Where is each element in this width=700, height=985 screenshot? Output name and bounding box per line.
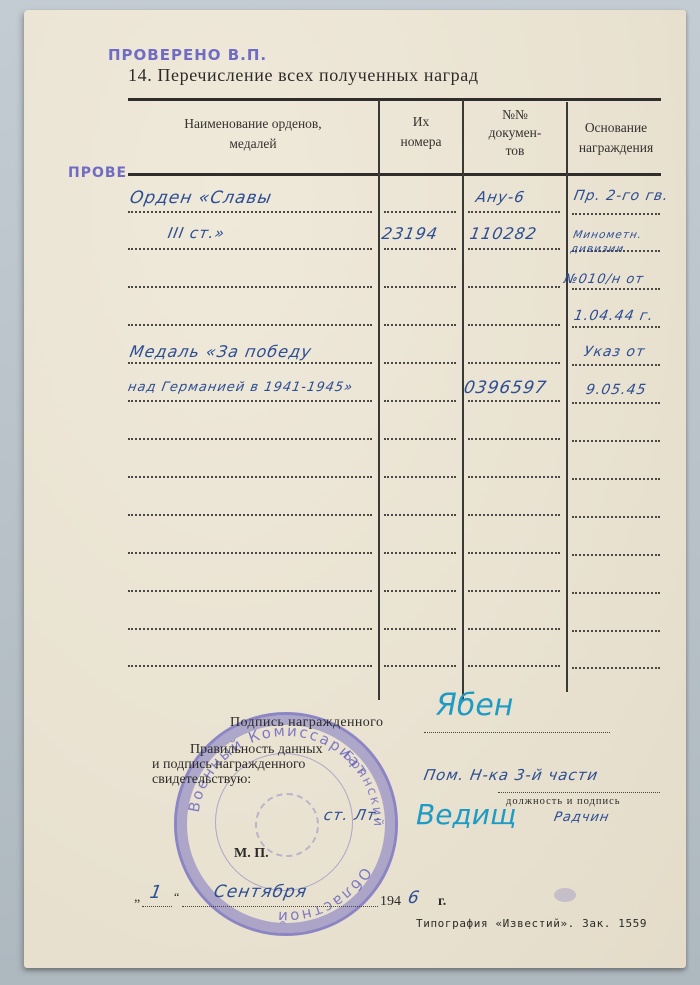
row-line xyxy=(468,476,560,478)
row-line xyxy=(384,438,456,440)
row-line xyxy=(128,590,372,592)
row-line xyxy=(572,288,660,290)
row-line xyxy=(572,402,660,404)
header-documents: №№ докумен- тов xyxy=(464,106,566,160)
recipient-signature: Ябен xyxy=(436,688,513,723)
certify-line-1: Правильность данных xyxy=(190,742,323,758)
row-line xyxy=(572,440,660,442)
date-open-quote: „ xyxy=(134,890,140,906)
header-text: награждения xyxy=(568,138,664,158)
official-name: Радчин xyxy=(553,810,611,825)
row-line xyxy=(468,211,560,213)
row-line xyxy=(384,211,456,213)
header-text: тов xyxy=(464,142,566,160)
header-text: №№ xyxy=(464,106,566,124)
header-text: номера xyxy=(380,132,462,152)
verified-stamp-top: ПРОВЕРЕНО В.П. xyxy=(108,46,267,64)
section-title: 14. Перечисление всех полученных наград xyxy=(128,65,479,86)
header-awards-name: Наименование орденов, медалей xyxy=(128,114,378,154)
row-line xyxy=(128,362,372,364)
row-line xyxy=(468,362,560,364)
printer-imprint: Типография «Известий». Зак. 1559 xyxy=(416,917,647,930)
row-line xyxy=(572,516,660,518)
row-line xyxy=(572,667,660,669)
row-line xyxy=(128,286,372,288)
row-line xyxy=(572,554,660,556)
row-line xyxy=(572,364,660,366)
award-name-row1: Орден «Славы xyxy=(128,188,274,208)
row-line xyxy=(572,592,660,594)
document-number-row6: 0396597 xyxy=(462,378,548,398)
basis-row5: Указ от xyxy=(583,344,647,360)
row-line xyxy=(384,552,456,554)
header-numbers: Их номера xyxy=(380,112,462,152)
row-line xyxy=(468,248,560,250)
row-line xyxy=(128,438,372,440)
date-close-quote: “ xyxy=(174,890,179,905)
row-line xyxy=(384,665,456,667)
row-line xyxy=(572,630,660,632)
basis-row6: 9.05.45 xyxy=(585,382,648,398)
official-rank: ст. Лт. xyxy=(322,806,383,824)
recipient-signature-line xyxy=(424,732,610,733)
row-line xyxy=(384,628,456,630)
row-line xyxy=(384,324,456,326)
award-name-row2: III ст.» xyxy=(166,224,226,242)
row-line xyxy=(468,552,560,554)
row-line xyxy=(128,665,372,667)
date-day-line xyxy=(142,906,172,907)
table-top-rule xyxy=(128,98,661,101)
header-basis: Основание награждения xyxy=(568,118,664,158)
row-line xyxy=(384,248,456,250)
date-year-printed: 194 xyxy=(380,894,401,910)
verified-stamp-left: ПРОВЕ xyxy=(68,165,127,181)
header-text: Наименование орденов, xyxy=(128,114,378,134)
row-line xyxy=(384,514,456,516)
official-signature: Ведищ xyxy=(416,798,516,831)
header-text: Их xyxy=(380,112,462,132)
official-position-handwritten: Пом. Н-ка 3-й части xyxy=(422,766,599,784)
row-line xyxy=(384,362,456,364)
date-year-handwritten: 6 xyxy=(406,888,421,908)
row-line xyxy=(384,476,456,478)
recipient-signature-label: Подпись награжденного xyxy=(230,715,383,731)
row-line xyxy=(468,286,560,288)
row-line xyxy=(384,400,456,402)
row-line xyxy=(468,400,560,402)
row-line xyxy=(468,665,560,667)
row-line xyxy=(128,552,372,554)
award-name-row6: над Германией в 1941-1945» xyxy=(127,380,355,395)
table-header-rule xyxy=(128,173,661,176)
header-text: Основание xyxy=(568,118,664,138)
row-line xyxy=(572,326,660,328)
row-line xyxy=(468,628,560,630)
row-line xyxy=(572,213,660,215)
row-line xyxy=(572,478,660,480)
document-number-row2: 110282 xyxy=(468,224,538,243)
position-signature-line xyxy=(498,792,660,793)
position-caption: должность и подпись xyxy=(506,796,621,807)
row-line xyxy=(384,286,456,288)
certify-line-3: свидетельствую: xyxy=(152,772,251,788)
seal-place-label: М. П. xyxy=(234,846,269,862)
column-divider-1 xyxy=(378,100,380,700)
date-month: Сентября xyxy=(212,882,309,902)
header-text: медалей xyxy=(128,134,378,154)
row-line xyxy=(128,324,372,326)
document-page: ПРОВЕРЕНО В.П. ПРОВЕ 14. Перечисление вс… xyxy=(24,10,686,968)
award-name-row5: Медаль «За победу xyxy=(128,342,313,361)
ink-smudge xyxy=(554,888,576,902)
row-line xyxy=(128,628,372,630)
row-line xyxy=(128,211,372,213)
row-line xyxy=(128,400,372,402)
basis-row3: №010/н от xyxy=(563,272,646,287)
column-divider-3 xyxy=(566,102,568,692)
award-number-row2: 23194 xyxy=(380,224,439,243)
date-year-suffix: г. xyxy=(438,894,446,910)
column-divider-2 xyxy=(462,100,464,700)
row-line xyxy=(468,514,560,516)
certify-line-2: и подпись награжденного xyxy=(152,757,305,773)
date-month-line xyxy=(182,906,378,907)
row-line xyxy=(128,476,372,478)
row-line xyxy=(468,590,560,592)
basis-row2: Минометн. дивизии xyxy=(570,228,667,256)
row-line xyxy=(384,590,456,592)
date-day: 1 xyxy=(148,882,164,903)
document-number-row1: Ану-6 xyxy=(474,188,526,206)
basis-row1: Пр. 2-го гв. xyxy=(573,188,671,204)
row-line xyxy=(128,248,372,250)
basis-row4: 1.04.44 г. xyxy=(573,308,656,324)
row-line xyxy=(468,324,560,326)
row-line xyxy=(128,514,372,516)
header-text: докумен- xyxy=(464,124,566,142)
row-line xyxy=(468,438,560,440)
